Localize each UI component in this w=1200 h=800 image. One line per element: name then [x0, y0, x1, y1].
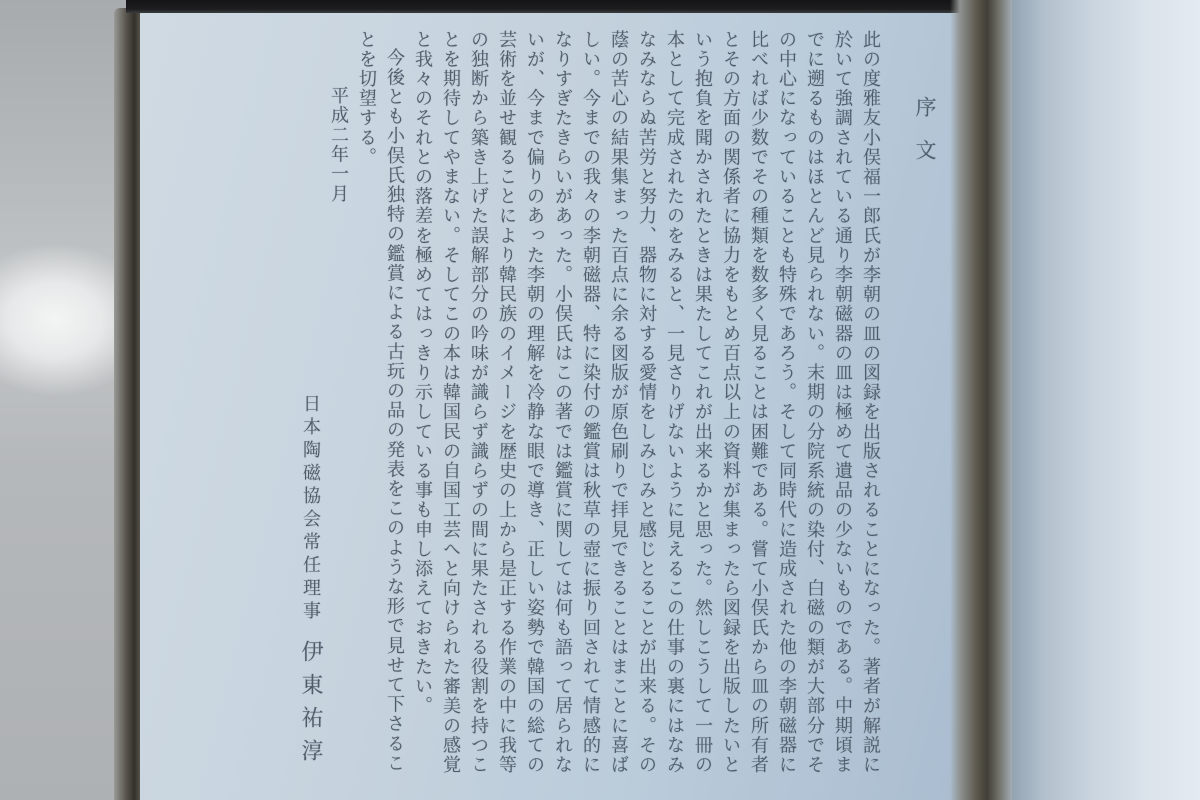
book-photo: 序文 此の度雅友小俣福一郎氏が李朝の皿の図録を出版されることになった。著者が解説…	[0, 0, 1200, 800]
preface-text: 序文 此の度雅友小俣福一郎氏が李朝の皿の図録を出版されることになった。著者が解説…	[296, 30, 952, 792]
date-line: 平成二年一月	[324, 30, 352, 792]
signature-role: 日本陶磁協会常任理事	[300, 394, 321, 624]
facing-page	[1012, 0, 1200, 800]
preface-paragraph: 今後とも小俣氏独特の鑑賞による古玩の品の発表をこのような形で見せて下さることを切…	[352, 30, 408, 792]
signature-name: 伊東祐淳	[298, 640, 323, 772]
top-background-strip	[126, 0, 1022, 13]
preface-paragraph: 此の度雅友小俣福一郎氏が李朝の皿の図録を出版されることになった。著者が解説に於い…	[408, 30, 884, 792]
preface-title: 序文	[898, 30, 952, 792]
signature: 日本陶磁協会常任理事伊東祐淳	[296, 30, 324, 792]
page-gutter-shadow	[950, 0, 1012, 800]
